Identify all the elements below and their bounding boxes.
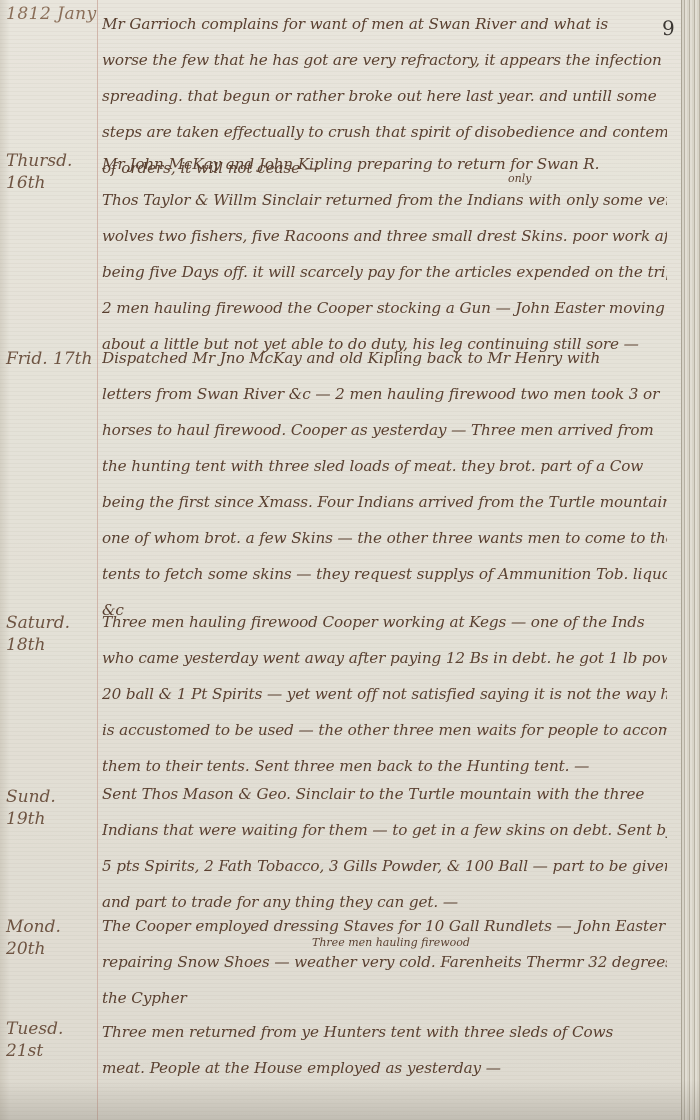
journal-entry: Three men returned from ye Hunters tent … — [102, 1014, 667, 1086]
interlinear-insert: Three men hauling firewood — [312, 936, 470, 949]
entry-line: 2 men hauling firewood the Cooper stocki… — [102, 290, 667, 326]
entry-line: steps are taken effectually to crush tha… — [102, 114, 667, 150]
entry-line: horses to haul firewood. Cooper as yeste… — [102, 412, 667, 448]
entry-line: who came yesterday went away after payin… — [102, 640, 667, 676]
entry-line: repairing Snow Shoes — weather very cold… — [102, 944, 667, 980]
entry-date: Saturd. 18th — [6, 612, 96, 656]
journal-entry: Three men hauling firewood Cooper workin… — [102, 604, 667, 784]
page-shadow — [0, 1080, 700, 1120]
entry-date: Tuesd. 21st — [6, 1018, 96, 1062]
entry-line: is accustomed to be used — the other thr… — [102, 712, 667, 748]
entry-line: the hunting tent with three sled loads o… — [102, 448, 667, 484]
entry-line: 5 pts Spirits, 2 Fath Tobacco, 3 Gills P… — [102, 848, 667, 884]
entry-line: meat. People at the House employed as ye… — [102, 1050, 667, 1086]
entry-line: one of whom brot. a few Skins — the othe… — [102, 520, 667, 556]
entry-line: letters from Swan River &c — 2 men hauli… — [102, 376, 667, 412]
interlinear-insert: only — [508, 172, 531, 185]
book-page-edges — [681, 0, 700, 1120]
entry-line: Three men returned from ye Hunters tent … — [102, 1014, 667, 1050]
journal-entry: Dispatched Mr Jno McKay and old Kipling … — [102, 340, 667, 628]
journal-entry: The Cooper employed dressing Staves for … — [102, 908, 667, 1016]
entry-line: being the first since Xmass. Four Indian… — [102, 484, 667, 520]
entry-date: Frid. 17th — [6, 348, 96, 370]
entry-date: Sund. 19th — [6, 786, 96, 830]
journal-entry: Mr John McKay and John Kipling preparing… — [102, 146, 667, 362]
entry-line: being five Days off. it will scarcely pa… — [102, 254, 667, 290]
margin-rule — [97, 0, 98, 1120]
entry-line: Indians that were waiting for them — to … — [102, 812, 667, 848]
entry-line: Three men hauling firewood Cooper workin… — [102, 604, 667, 640]
entry-date: Thursd. 16th — [6, 150, 96, 194]
entry-line: spreading. that begun or rather broke ou… — [102, 78, 667, 114]
entry-line: Mr John McKay and John Kipling preparing… — [102, 146, 667, 182]
entry-line: worse the few that he has got are very r… — [102, 42, 667, 78]
entry-line: 20 ball & 1 Pt Spirits — yet went off no… — [102, 676, 667, 712]
entry-line: wolves two fishers, five Racoons and thr… — [102, 218, 667, 254]
entry-line: Mr Garrioch complains for want of men at… — [102, 6, 667, 42]
entry-line: tents to fetch some skins — they request… — [102, 556, 667, 592]
journal-entry: Sent Thos Mason & Geo. Sinclair to the T… — [102, 776, 667, 920]
entry-line: the Cypher — [102, 980, 667, 1016]
entry-line: Dispatched Mr Jno McKay and old Kipling … — [102, 340, 667, 376]
entry-date: Mond. 20th — [6, 916, 96, 960]
entry-line: Sent Thos Mason & Geo. Sinclair to the T… — [102, 776, 667, 812]
year-heading: 1812 Jany — [6, 4, 97, 24]
entry-line: Thos Taylor & Willm Sinclair returned fr… — [102, 182, 667, 218]
journal-page: 9 1812 Jany Mr Garrioch complains for wa… — [0, 0, 700, 1120]
